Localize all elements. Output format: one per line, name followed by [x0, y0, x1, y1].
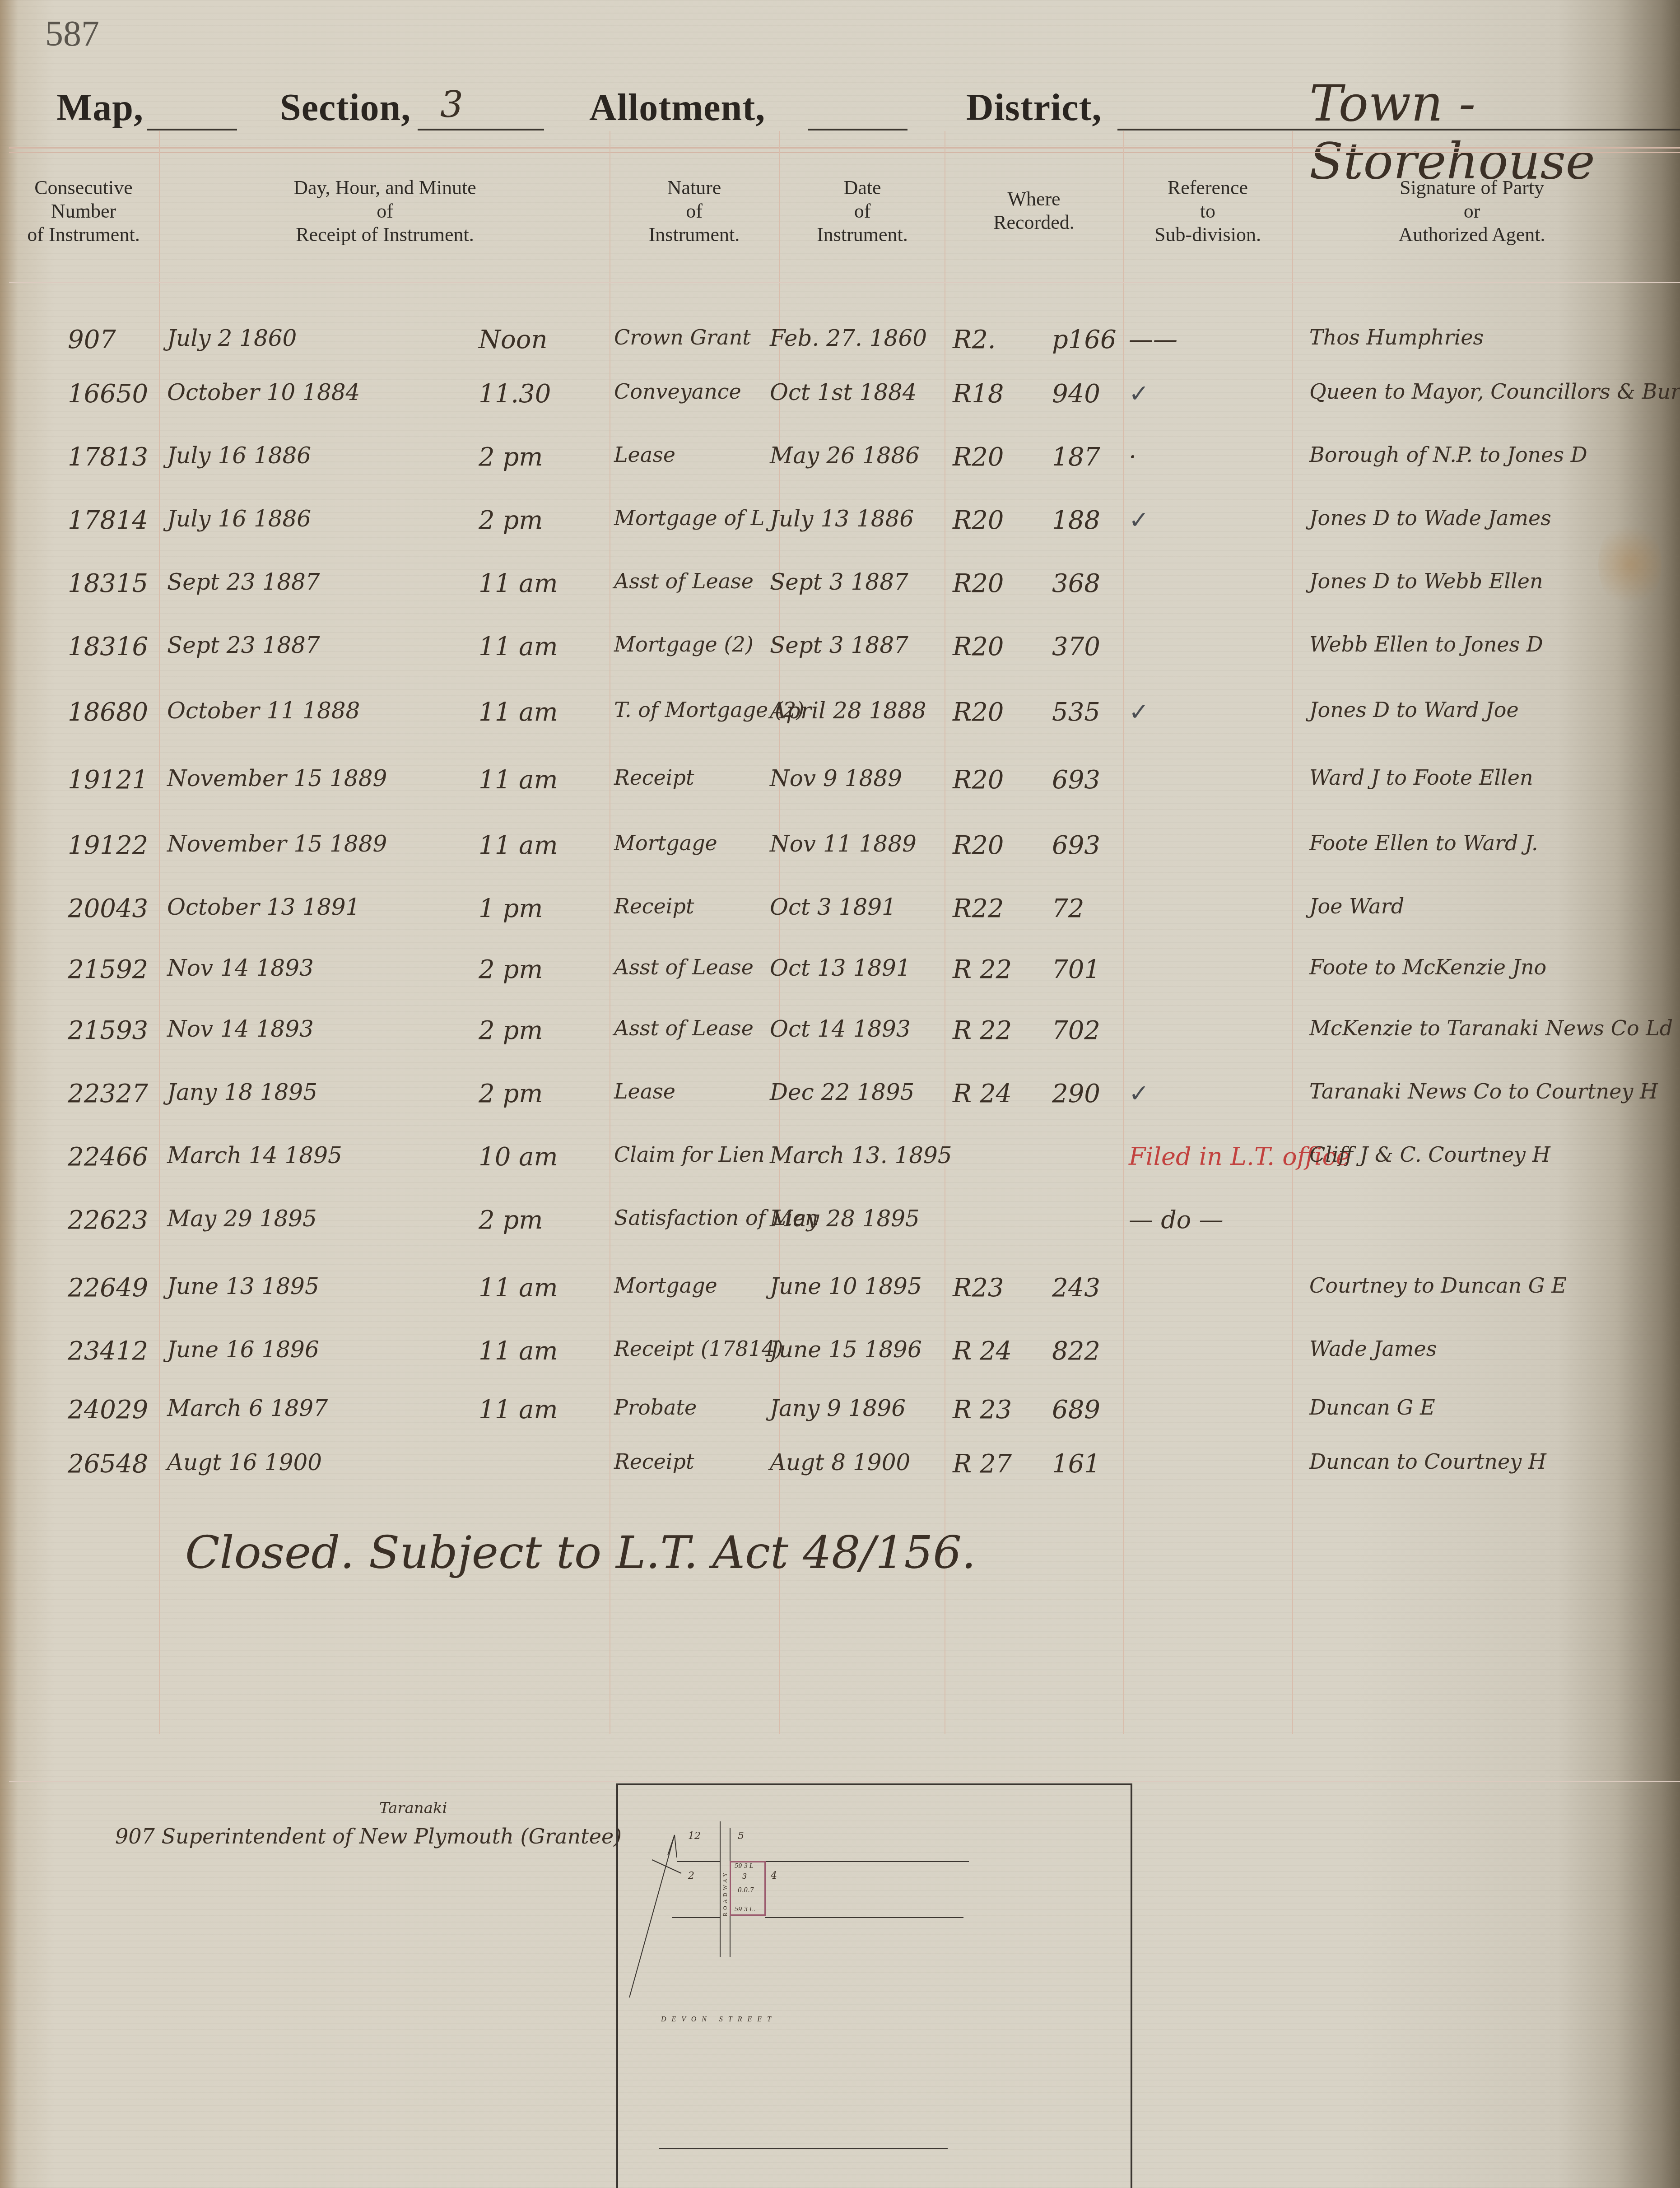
receipt-day: Sept 23 1887 [167, 569, 320, 595]
receipt-day: Jany 18 1895 [167, 1079, 317, 1105]
party-signature: Borough of N.P. to Jones D [1309, 442, 1587, 467]
register-page: 701 [1052, 955, 1100, 984]
instrument-date: Nov 11 1889 [770, 831, 917, 857]
receipt-time: 2 pm [479, 506, 543, 535]
instrument-nature: Lease [614, 442, 675, 467]
instrument-nature: Asst of Lease [614, 955, 754, 979]
receipt-time: 11 am [479, 765, 558, 795]
instrument-nature: Mortgage [614, 831, 717, 855]
instrument-nature: Mortgage (2) [614, 632, 754, 656]
instrument-number: 16650 [68, 379, 148, 409]
party-signature: Ward J to Foote Ellen [1309, 765, 1533, 790]
instrument-number: 19121 [68, 765, 148, 795]
instrument-date: Oct 14 1893 [770, 1016, 911, 1042]
instrument-number: 21593 [68, 1016, 148, 1045]
map-blank [147, 129, 237, 130]
register-page: 187 [1052, 442, 1100, 472]
column-rule [610, 131, 610, 1734]
party-signature: Foote to McKenzie Jno [1309, 955, 1546, 979]
instrument-nature: Mortgage [614, 1273, 717, 1298]
register-page: 290 [1052, 1079, 1100, 1108]
register-ref: R22 [953, 894, 1004, 923]
party-signature: Webb Ellen to Jones D [1309, 632, 1543, 656]
receipt-time: 2 pm [479, 1206, 543, 1235]
column-header-nature: Nature of Instrument. [612, 176, 777, 247]
receipt-time: 2 pm [479, 1016, 543, 1045]
register-ref: R20 [953, 632, 1004, 661]
receipt-day: June 16 1896 [167, 1336, 319, 1363]
register-page: 693 [1052, 765, 1100, 795]
receipt-day: November 15 1889 [167, 831, 387, 857]
instrument-date: May 28 1895 [770, 1206, 920, 1232]
paper-stain [1598, 519, 1661, 610]
instrument-number: 18316 [68, 632, 148, 661]
register-ref: R20 [953, 442, 1004, 472]
allotment-plan: 12 5 2 3 4 59 3 L 59 3 L. 0.0.7 ROADWAY … [616, 1783, 1132, 2188]
instrument-date: Oct 1st 1884 [770, 379, 917, 405]
instrument-date: Jany 9 1896 [770, 1395, 906, 1421]
footer-rule [9, 1781, 1680, 1782]
instrument-number: 17814 [68, 506, 148, 535]
receipt-day: October 11 1888 [167, 698, 360, 724]
instrument-date: Sept 3 1887 [770, 569, 908, 595]
party-signature: Taranaki News Co to Courtney H [1309, 1079, 1658, 1103]
register-page: 72 [1052, 894, 1084, 923]
register-ref: R 27 [953, 1449, 1012, 1479]
instrument-date: Feb. 27. 1860 [770, 325, 927, 351]
register-page: 243 [1052, 1273, 1100, 1303]
instrument-nature: Lease [614, 1079, 675, 1103]
receipt-day: Nov 14 1893 [167, 1016, 314, 1042]
receipt-day: November 15 1889 [167, 765, 387, 791]
instrument-number: 17813 [68, 442, 148, 472]
register-page: 368 [1052, 569, 1100, 598]
subdivision-ref: —— [1129, 325, 1177, 354]
register-page: 822 [1052, 1336, 1100, 1366]
subdivision-ref: — do — [1129, 1206, 1223, 1234]
register-page: 693 [1052, 831, 1100, 860]
receipt-time: 10 am [479, 1142, 558, 1172]
instrument-nature: Receipt [614, 894, 694, 918]
receipt-time: 11 am [479, 1395, 558, 1425]
party-signature: Thos Humphries [1309, 325, 1484, 349]
party-signature: Jones D to Ward Joe [1309, 698, 1519, 722]
instrument-number: 22623 [68, 1206, 148, 1235]
receipt-time: 2 pm [479, 442, 543, 472]
page-number: 587 [45, 14, 99, 55]
register-ref: R 22 [953, 955, 1012, 984]
receipt-day: October 13 1891 [167, 894, 360, 920]
north-arrow-icon [618, 1785, 799, 2188]
instrument-nature: Asst of Lease [614, 569, 754, 593]
register-ref: R20 [953, 506, 1004, 535]
party-signature: Duncan to Courtney H [1309, 1449, 1546, 1474]
receipt-day: Augt 16 1900 [167, 1449, 322, 1476]
receipt-day: March 14 1895 [167, 1142, 342, 1168]
register-page: 535 [1052, 698, 1100, 727]
party-signature: Duncan G E [1309, 1395, 1435, 1420]
party-signature: Foote Ellen to Ward J. [1309, 831, 1538, 855]
receipt-day: July 2 1860 [167, 325, 297, 351]
instrument-nature: Receipt [614, 1449, 694, 1474]
footer-grant-note: 907 Superintendent of New Plymouth (Gran… [115, 1824, 622, 1848]
receipt-day: Nov 14 1893 [167, 955, 314, 981]
column-header-date: Date of Instrument. [781, 176, 944, 247]
instrument-date: April 28 1888 [770, 698, 926, 724]
closing-note: Closed. Subject to L.T. Act 48/156. [185, 1526, 976, 1579]
party-signature: Cliff J & C. Courtney H [1309, 1142, 1550, 1167]
instrument-number: 19122 [68, 831, 148, 860]
subdivision-ref: ✓ [1129, 1079, 1149, 1108]
register-ref: R 22 [953, 1016, 1012, 1045]
column-rule [159, 131, 160, 1734]
party-signature: Wade James [1309, 1336, 1437, 1361]
instrument-date: Dec 22 1895 [770, 1079, 914, 1105]
map-label: Map, [56, 86, 144, 130]
district-value: Town - Storehouse [1309, 74, 1680, 190]
instrument-date: June 10 1895 [770, 1273, 922, 1299]
register-page: 188 [1052, 506, 1100, 535]
receipt-day: March 6 1897 [167, 1395, 328, 1421]
register-page: 702 [1052, 1016, 1100, 1045]
instrument-number: 21592 [68, 955, 148, 984]
section-value: 3 [440, 84, 463, 126]
instrument-nature: Crown Grant [614, 325, 751, 349]
instrument-date: Nov 9 1889 [770, 765, 902, 791]
receipt-day: Sept 23 1887 [167, 632, 320, 658]
instrument-date: July 13 1886 [770, 506, 914, 532]
section-blank [418, 129, 544, 130]
register-ref: R18 [953, 379, 1004, 409]
instrument-number: 907 [68, 325, 116, 354]
column-rule [1292, 131, 1293, 1734]
party-signature: McKenzie to Taranaki News Co Ld [1309, 1016, 1673, 1040]
party-signature: Queen to Mayor, Councillors & Burgesses … [1309, 379, 1680, 404]
column-header-received: Day, Hour, and Minute of Receipt of Inst… [163, 176, 607, 247]
receipt-day: July 16 1886 [167, 506, 311, 532]
receipt-time: 11 am [479, 632, 558, 661]
register-ref: R 24 [953, 1079, 1012, 1108]
party-signature: Courtney to Duncan G E [1309, 1273, 1567, 1298]
register-ref: R20 [953, 831, 1004, 860]
instrument-date: Sept 3 1887 [770, 632, 908, 658]
column-rule [945, 131, 945, 1734]
ledger-page: 587 Map, Section, 3 Allotment, District,… [0, 0, 1680, 2188]
column-header-recorded: Where Recorded. [946, 187, 1122, 234]
allotment-blank [808, 129, 907, 130]
receipt-time: 11 am [479, 831, 558, 860]
receipt-time: 11 am [479, 569, 558, 598]
instrument-date: Oct 13 1891 [770, 955, 911, 981]
instrument-nature: Conveyance [614, 379, 741, 404]
column-header-reference: Reference to Sub-division. [1124, 176, 1291, 247]
register-ref: R20 [953, 698, 1004, 727]
register-page: 689 [1052, 1395, 1100, 1425]
instrument-nature: Receipt (17814) [614, 1336, 783, 1361]
instrument-date: Augt 8 1900 [770, 1449, 910, 1476]
column-header-number: Consecutive Number of Instrument. [9, 176, 158, 247]
receipt-time: 11 am [479, 698, 558, 727]
receipt-time: 2 pm [479, 1079, 543, 1108]
register-ref: R20 [953, 765, 1004, 795]
footer-insert-taranaki: Taranaki [379, 1799, 447, 1817]
instrument-number: 18680 [68, 698, 148, 727]
instrument-nature: Mortgage of L [614, 506, 764, 530]
instrument-date: Oct 3 1891 [770, 894, 896, 920]
instrument-date: March 13. 1895 [770, 1142, 952, 1168]
instrument-nature: Asst of Lease [614, 1016, 754, 1040]
register-ref: R 24 [953, 1336, 1012, 1366]
column-rule [1123, 131, 1124, 1734]
party-signature: Jones D to Wade James [1309, 506, 1551, 530]
instrument-number: 18315 [68, 569, 148, 598]
register-page: p166 [1052, 325, 1117, 354]
subdivision-ref: ✓ [1129, 698, 1149, 726]
receipt-day: May 29 1895 [167, 1206, 317, 1232]
party-signature: Jones D to Webb Ellen [1309, 569, 1543, 593]
header-rule-2 [9, 152, 1680, 153]
receipt-time: Noon [479, 325, 548, 354]
register-page: 940 [1052, 379, 1100, 409]
receipt-time: 11 am [479, 1273, 558, 1303]
allotment-label: Allotment, [589, 86, 765, 130]
instrument-number: 23412 [68, 1336, 148, 1366]
instrument-date: June 15 1896 [770, 1336, 922, 1363]
instrument-nature: Receipt [614, 765, 694, 790]
receipt-time: 1 pm [479, 894, 543, 923]
district-label: District, [966, 86, 1102, 130]
register-page: 370 [1052, 632, 1100, 661]
receipt-day: July 16 1886 [167, 442, 311, 469]
instrument-nature: Probate [614, 1395, 697, 1420]
subdivision-ref: ✓ [1129, 506, 1149, 534]
receipt-time: 2 pm [479, 955, 543, 984]
subdivision-ref: · [1129, 442, 1136, 471]
instrument-number: 26548 [68, 1449, 148, 1479]
instrument-number: 24029 [68, 1395, 148, 1425]
section-label: Section, [280, 86, 411, 130]
receipt-time: 11 am [479, 1336, 558, 1366]
column-header-rule [9, 282, 1680, 283]
register-ref: R23 [953, 1273, 1004, 1303]
instrument-number: 22327 [68, 1079, 148, 1108]
register-ref: R20 [953, 569, 1004, 598]
column-header-signature: Signature of Party or Authorized Agent. [1296, 176, 1648, 247]
instrument-number: 22466 [68, 1142, 148, 1172]
register-ref: R2. [953, 325, 996, 354]
receipt-day: October 10 1884 [167, 379, 360, 405]
party-signature: Joe Ward [1309, 894, 1404, 918]
receipt-day: June 13 1895 [167, 1273, 319, 1299]
instrument-number: 20043 [68, 894, 148, 923]
register-ref: R 23 [953, 1395, 1012, 1425]
header-rule [9, 147, 1680, 149]
register-page: 161 [1052, 1449, 1100, 1479]
instrument-date: May 26 1886 [770, 442, 920, 469]
subdivision-ref: ✓ [1129, 379, 1149, 408]
column-rule [779, 131, 780, 1734]
instrument-number: 22649 [68, 1273, 148, 1303]
instrument-nature: Claim for Lien [614, 1142, 765, 1167]
receipt-time: 11.30 [479, 379, 551, 409]
